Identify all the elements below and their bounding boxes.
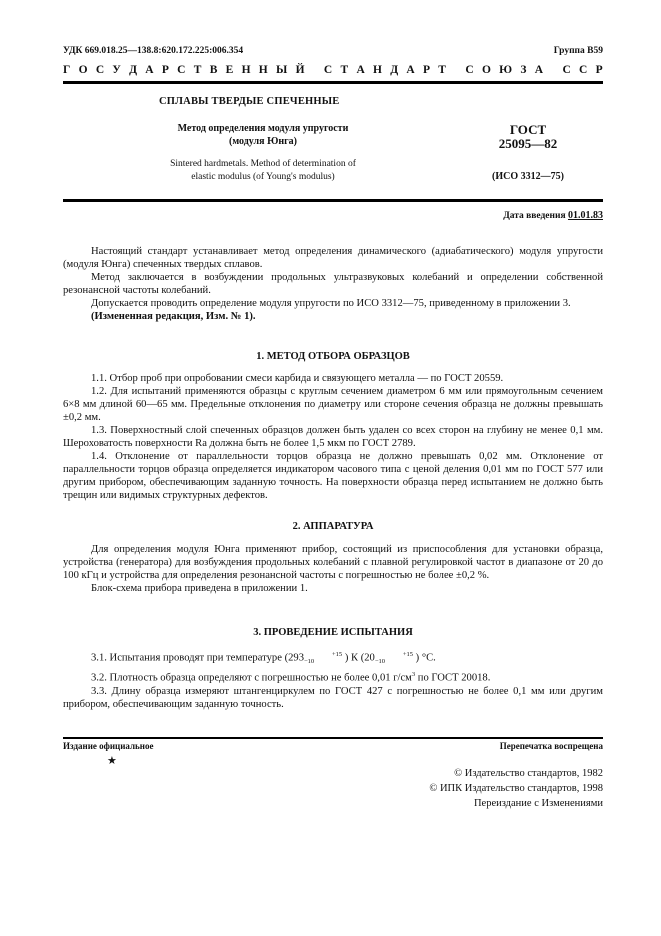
english-title-line: Sintered hardmetals. Method of determina… [133, 158, 393, 171]
paragraph: 1.4. Отклонение от параллельности торцов… [63, 450, 603, 502]
date-value: 01.01.83 [568, 210, 603, 221]
tolerance: +15−10 [304, 651, 342, 665]
standard-subtitle: Метод определения модуля упругости (моду… [153, 122, 373, 148]
banner-letter: Д [390, 64, 398, 76]
banner-letter: А [145, 64, 153, 76]
text-run: 3.2. Плотность образца определяют с погр… [91, 673, 412, 684]
text-run: ) К (20 [345, 652, 375, 663]
paragraph: Допускается проводить определение модуля… [63, 297, 603, 310]
banner-letter: С [579, 64, 587, 76]
banner-letter: О [79, 64, 88, 76]
text-run: 3.1. Испытания проводят при температуре … [91, 652, 304, 663]
banner-letter: Т [341, 64, 349, 76]
banner-letter: Д [129, 64, 137, 76]
banner-letter: С [177, 64, 185, 76]
paragraph: 1.1. Отбор проб при опробовании смеси ка… [63, 372, 603, 385]
tolerance-upper: +15 [403, 651, 413, 658]
banner-letter: Ю [499, 64, 512, 76]
section-heading: 3. ПРОВЕДЕНИЕ ИСПЫТАНИЯ [63, 626, 603, 639]
footer-rule [63, 737, 603, 739]
banner-letter: З [520, 64, 526, 76]
udk-code: УДК 669.018.25—138.8:620.172.225:006.354 [63, 46, 243, 56]
banner-letter: А [406, 64, 414, 76]
paragraph: Метод заключается в возбуждении продольн… [63, 271, 603, 297]
section-heading: 2. АППАРАТУРА [63, 520, 603, 533]
banner-letter: С [465, 64, 473, 76]
date-label: Дата введения [503, 211, 565, 221]
tolerance-lower: −10 [375, 658, 385, 665]
header-rule [63, 81, 603, 84]
paragraph: 1.2. Для испытаний применяются образцы с… [63, 385, 603, 424]
banner-letter: Е [226, 64, 234, 76]
banner-letter: С [324, 64, 332, 76]
text-run: по ГОСТ 20018. [415, 673, 490, 684]
banner-letter: Т [438, 64, 446, 76]
section-heading: 1. МЕТОД ОТБОРА ОБРАЗЦОВ [63, 350, 603, 363]
copyright-line: © ИПК Издательство стандартов, 1998 [429, 781, 603, 796]
banner-letter: А [535, 64, 543, 76]
state-standard-banner: ГОСУДАРСТВЕННЫЙ СТАНДАРТ СОЮЗА ССР [63, 64, 603, 76]
intro-text: Настоящий стандарт устанавливает метод о… [63, 245, 603, 323]
copyright-block: © Издательство стандартов, 1982 © ИПК Из… [429, 766, 603, 811]
english-title: Sintered hardmetals. Method of determina… [133, 158, 393, 184]
banner-letter: Н [373, 64, 382, 76]
banner-letter: Й [296, 64, 305, 76]
introduction-date: Дата введения 01.01.83 [503, 210, 603, 221]
official-edition-label: Издание официальное [63, 741, 153, 751]
english-title-line: elastic modulus (of Young's modulus) [133, 171, 393, 184]
tolerance-lower: −10 [304, 658, 314, 665]
text-run: ) °С. [416, 652, 436, 663]
banner-letter: Р [423, 64, 430, 76]
paragraph: Для определения модуля Юнга применяют пр… [63, 543, 603, 582]
paragraph: 3.2. Плотность образца определяют с погр… [63, 668, 603, 685]
standard-title: СПЛАВЫ ТВЕРДЫЕ СПЕЧЕННЫЕ [159, 96, 339, 107]
paragraph: Настоящий стандарт устанавливает метод о… [63, 245, 603, 271]
banner-letter: Р [596, 64, 603, 76]
banner-letter: С [96, 64, 104, 76]
iso-reference: (ИСО 3312—75) [478, 171, 578, 182]
banner-letter: Т [194, 64, 202, 76]
gost-label: ГОСТ [478, 123, 578, 137]
paragraph: 1.3. Поверхностный слой спеченных образц… [63, 424, 603, 450]
banner-letter: В [210, 64, 218, 76]
subtitle-line: (модуля Юнга) [153, 135, 373, 148]
banner-letter: Р [162, 64, 169, 76]
banner-gap [313, 64, 316, 76]
paragraph: 3.1. Испытания проводят при температуре … [63, 651, 603, 665]
tolerance: +15−10 [375, 651, 413, 665]
paragraph: 3.3. Длину образца измеряют штангенцирку… [63, 685, 603, 711]
banner-letter: О [482, 64, 491, 76]
gost-designation: ГОСТ 25095—82 [478, 123, 578, 151]
section-1: 1. МЕТОД ОТБОРА ОБРАЗЦОВ 1.1. Отбор проб… [63, 350, 603, 502]
header-row: УДК 669.018.25—138.8:620.172.225:006.354… [63, 46, 603, 56]
banner-letter: Г [63, 64, 70, 76]
copyright-line: © Издательство стандартов, 1982 [429, 766, 603, 781]
amendment-note: (Измененная редакция, Изм. № 1). [63, 310, 603, 323]
banner-letter: А [356, 64, 364, 76]
section-3: 3. ПРОВЕДЕНИЕ ИСПЫТАНИЯ 3.1. Испытания п… [63, 626, 603, 711]
banner-letter: Н [242, 64, 251, 76]
banner-letter: Ы [276, 64, 287, 76]
banner-letter: Н [259, 64, 268, 76]
reprint-prohibited-label: Перепечатка воспрещена [500, 741, 603, 751]
banner-gap [454, 64, 457, 76]
subtitle-line: Метод определения модуля упругости [153, 122, 373, 135]
title-block-rule [63, 199, 603, 202]
gost-number: 25095—82 [478, 137, 578, 151]
banner-letter: С [562, 64, 570, 76]
section-2: 2. АППАРАТУРА Для определения модуля Юнг… [63, 520, 603, 595]
paragraph: Блок-схема прибора приведена в приложени… [63, 582, 603, 595]
star-icon: ★ [107, 754, 117, 767]
tolerance-upper: +15 [332, 651, 342, 658]
banner-gap [551, 64, 554, 76]
group-code: Группа В59 [554, 46, 603, 56]
reissue-note: Переиздание с Изменениями [429, 796, 603, 811]
banner-letter: У [112, 64, 120, 76]
